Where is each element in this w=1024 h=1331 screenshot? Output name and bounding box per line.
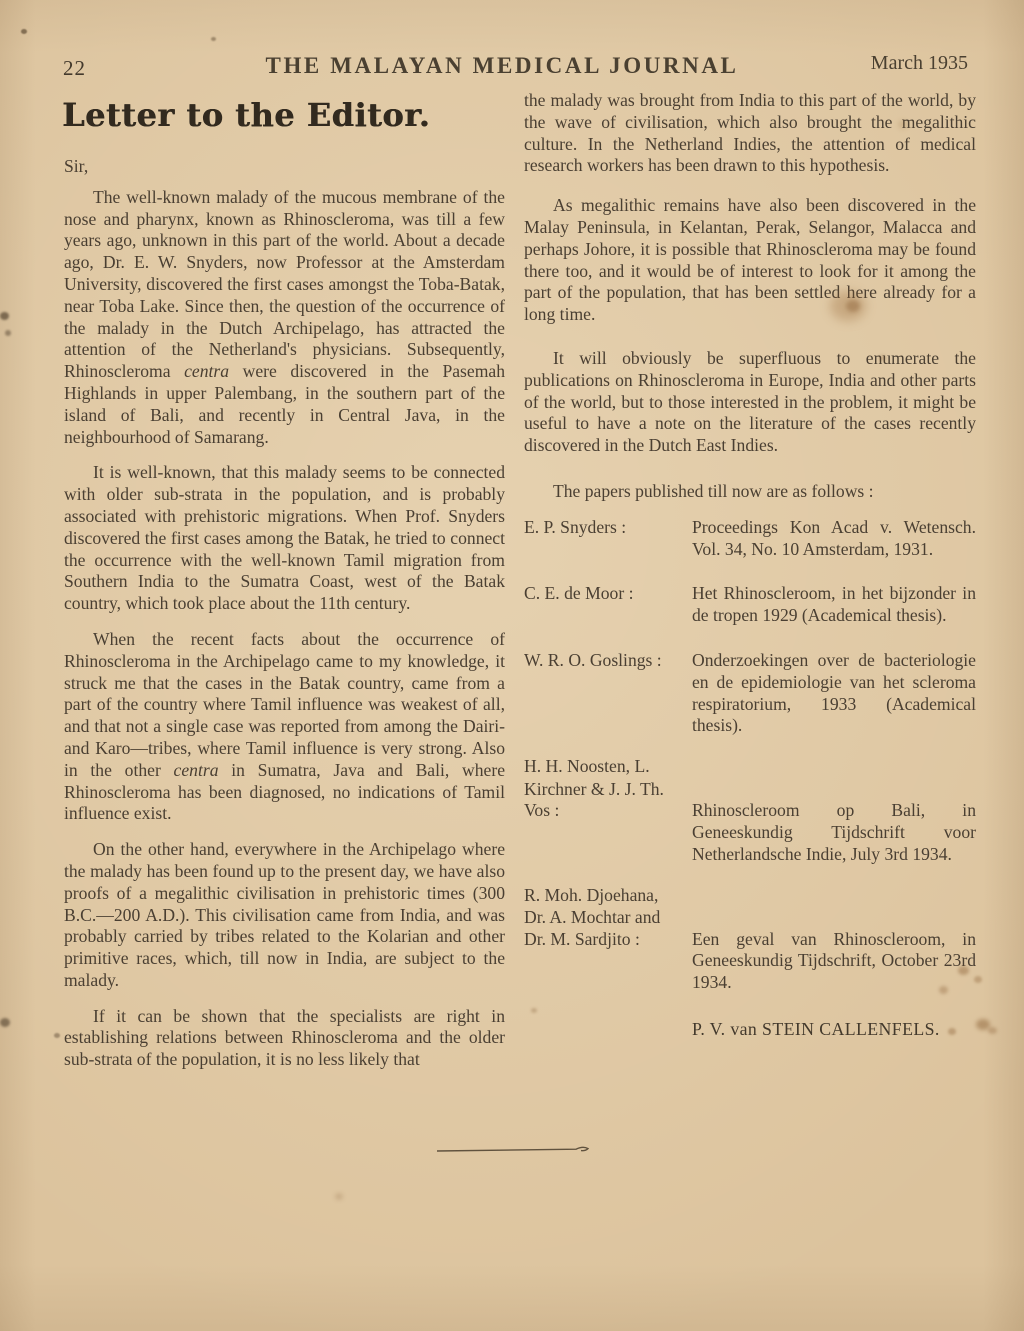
paragraph: The well-known malady of the mucous memb… bbox=[64, 187, 505, 449]
reference-author: H. H. Noosten, L. bbox=[524, 755, 976, 778]
speck bbox=[211, 37, 216, 41]
speck bbox=[335, 1193, 343, 1200]
speck bbox=[0, 1018, 10, 1027]
reference-author: W. R. O. Goslings : bbox=[524, 650, 692, 737]
reference-citation: Onderzoekingen over de bacteriologie en … bbox=[692, 650, 976, 737]
right-column: the malady was brought from India to thi… bbox=[524, 90, 976, 1040]
reference-author: Vos : bbox=[524, 800, 692, 865]
reference-author: E. P. Snyders : bbox=[524, 517, 692, 561]
signature: P. V. van STEIN CALLENFELS. bbox=[692, 1019, 976, 1040]
speck bbox=[21, 29, 27, 34]
paragraph: It is well-known, that this malady seems… bbox=[64, 462, 505, 615]
reference-entry: R. Moh. Djoehana, Dr. A. Mochtar and Dr.… bbox=[524, 884, 976, 994]
reference-citation: Een geval van Rhinoscleroom, in Geneesku… bbox=[692, 929, 976, 994]
paragraph: On the other hand, everywhere in the Arc… bbox=[64, 839, 505, 992]
salutation: Sir, bbox=[64, 156, 505, 178]
paragraph: the malady was brought from India to thi… bbox=[524, 90, 976, 177]
speck bbox=[54, 1033, 60, 1038]
reference-entry: C. E. de Moor : Het Rhinoscleroom, in he… bbox=[524, 583, 976, 627]
journal-title: THE MALAYAN MEDICAL JOURNAL bbox=[0, 53, 1004, 79]
reference-author: Dr. A. Mochtar and bbox=[524, 906, 976, 929]
stain bbox=[988, 1027, 997, 1034]
reference-author: R. Moh. Djoehana, bbox=[524, 884, 976, 907]
divider-rule bbox=[436, 1142, 596, 1154]
reference-citation: Proceedings Kon Acad v. Wetensch. Vol. 3… bbox=[692, 517, 976, 561]
paragraph: If it can be shown that the specialists … bbox=[64, 1006, 505, 1071]
reference-entry: W. R. O. Goslings : Onderzoekingen over … bbox=[524, 650, 976, 737]
reference-citation: Rhinoscleroom op Bali, in Geneeskundig T… bbox=[692, 800, 976, 865]
stain bbox=[976, 1019, 990, 1030]
speck bbox=[0, 312, 9, 320]
paragraph: The papers published till now are as fol… bbox=[524, 481, 976, 503]
issue-date: March 1935 bbox=[871, 52, 968, 75]
article-title: Letter to the Editor. bbox=[62, 96, 505, 134]
reference-entry: E. P. Snyders : Proceedings Kon Acad v. … bbox=[524, 517, 976, 561]
reference-entry: H. H. Noosten, L. Kirchner & J. J. Th. V… bbox=[524, 755, 976, 865]
reference-citation: Het Rhinoscleroom, in het bijzonder in d… bbox=[692, 583, 976, 627]
reference-author: Dr. M. Sardjito : bbox=[524, 929, 692, 994]
speck bbox=[5, 330, 11, 336]
paragraph: As megalithic remains have also been dis… bbox=[524, 195, 976, 326]
journal-page-scan: 22 THE MALAYAN MEDICAL JOURNAL March 193… bbox=[0, 0, 1024, 1331]
reference-author: C. E. de Moor : bbox=[524, 583, 692, 627]
paragraph: When the recent facts about the occurren… bbox=[64, 629, 505, 825]
left-column: Letter to the Editor. Sir, The well-know… bbox=[64, 90, 505, 1085]
paragraph: It will obviously be superfluous to enum… bbox=[524, 348, 976, 457]
reference-author: Kirchner & J. J. Th. bbox=[524, 778, 976, 801]
reference-list: E. P. Snyders : Proceedings Kon Acad v. … bbox=[524, 517, 976, 994]
